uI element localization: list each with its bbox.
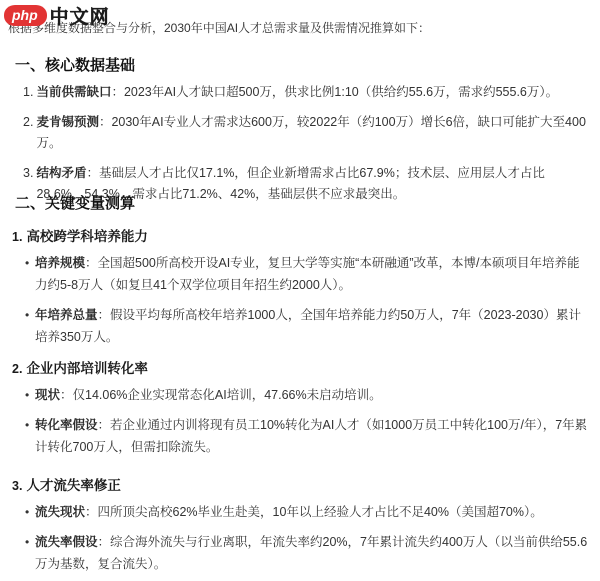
bullet-text: 流失率假设：综合海外流失与行业离职，年流失率约20%，7年累计流失约400万人（…	[35, 531, 588, 575]
bullet-label: 流失率假设	[35, 535, 98, 549]
subsection-number: 2.	[12, 362, 26, 376]
bullet-body: ：若企业通过内训将现有员工10%转化为AI人才（如1000万员工中转化100万/…	[35, 418, 587, 454]
subsection2-bullets: 现状：仅14.06%企业实现常态化AI培训，47.66%未启动培训。 转化率假设…	[25, 384, 588, 466]
bullet-text: 流失现状：四所顶尖高校62%毕业生赴美，10年以上经验人才占比不足40%（美国超…	[35, 501, 588, 523]
bullet-dot-icon	[25, 384, 35, 406]
bullet-item: 转化率假设：若企业通过内训将现有员工10%转化为AI人才（如1000万员工中转化…	[25, 414, 588, 458]
item-number: 1.	[23, 82, 36, 103]
bullet-body: ：综合海外流失与行业离职，年流失率约20%，7年累计流失约400万人（以当前供给…	[35, 535, 587, 571]
item-body: ：2023年AI人才缺口超500万，供求比例1:10（供给约55.6万，需求约5…	[111, 85, 558, 99]
bullet-body: ：四所顶尖高校62%毕业生赴美，10年以上经验人才占比不足40%（美国超70%）…	[85, 505, 543, 519]
bullet-label: 流失现状	[35, 505, 85, 519]
bullet-label: 年培养总量	[35, 308, 98, 322]
list-item: 1. 当前供需缺口：2023年AI人才缺口超500万，供求比例1:10（供给约5…	[23, 82, 588, 103]
bullet-body: ：假设平均每所高校年培养1000人，全国年培养能力约50万人，7年（2023-2…	[35, 308, 581, 344]
bullet-label: 培养规模	[35, 256, 85, 270]
item-text: 当前供需缺口：2023年AI人才缺口超500万，供求比例1:10（供给约55.6…	[36, 82, 588, 103]
bullet-item: 年培养总量：假设平均每所高校年培养1000人，全国年培养能力约50万人，7年（2…	[25, 304, 588, 348]
subsection-number: 3.	[12, 479, 26, 493]
bullet-label: 转化率假设	[35, 418, 98, 432]
item-label: 当前供需缺口	[36, 85, 111, 99]
list-item: 2. 麦肯锡预测：2030年AI专业人才需求达600万，较2022年（约100万…	[23, 112, 588, 154]
site-logo-name: 中文网	[50, 2, 110, 29]
subsection-label: 企业内部培训转化率	[26, 357, 148, 377]
bullet-text: 年培养总量：假设平均每所高校年培养1000人，全国年培养能力约50万人，7年（2…	[35, 304, 588, 348]
subsection1-bullets: 培养规模：全国超500所高校开设AI专业，复旦大学等实施“本研融通”改革，本博/…	[25, 252, 588, 356]
subsection3-bullets: 流失现状：四所顶尖高校62%毕业生赴美，10年以上经验人才占比不足40%（美国超…	[25, 501, 588, 581]
bullet-text: 现状：仅14.06%企业实现常态化AI培训，47.66%未启动培训。	[35, 384, 588, 406]
bullet-item: 流失现状：四所顶尖高校62%毕业生赴美，10年以上经验人才占比不足40%（美国超…	[25, 501, 588, 523]
subsection-label: 人才流失率修正	[26, 474, 121, 494]
bullet-body: ：仅14.06%企业实现常态化AI培训，47.66%未启动培训。	[60, 388, 382, 402]
subsection3-title: 3. 人才流失率修正	[12, 474, 600, 494]
item-label: 麦肯锡预测	[36, 115, 99, 129]
subsection-number: 1.	[12, 230, 26, 244]
document-page: php 中文网 根据多维度数据整合与分析，2030年中国AI人才总需求量及供需情…	[0, 0, 600, 581]
bullet-dot-icon	[25, 304, 35, 348]
section2-title: 二、关键变量测算	[15, 192, 600, 213]
item-label: 结构矛盾	[36, 166, 86, 180]
bullet-dot-icon	[25, 501, 35, 523]
bullet-body: ：全国超500所高校开设AI专业，复旦大学等实施“本研融通”改革，本博/本硕项目…	[35, 256, 579, 292]
item-text: 麦肯锡预测：2030年AI专业人才需求达600万，较2022年（约100万）增长…	[36, 112, 588, 154]
bullet-item: 现状：仅14.06%企业实现常态化AI培训，47.66%未启动培训。	[25, 384, 588, 406]
bullet-dot-icon	[25, 252, 35, 296]
bullet-dot-icon	[25, 414, 35, 458]
bullet-item: 培养规模：全国超500所高校开设AI专业，复旦大学等实施“本研融通”改革，本博/…	[25, 252, 588, 296]
bullet-text: 培养规模：全国超500所高校开设AI专业，复旦大学等实施“本研融通”改革，本博/…	[35, 252, 588, 296]
subsection1-title: 1. 高校跨学科培养能力	[12, 225, 600, 245]
php-logo-badge: php	[4, 5, 47, 26]
site-logo[interactable]: php 中文网	[4, 2, 110, 29]
item-body: ：2030年AI专业人才需求达600万，较2022年（约100万）增长6倍，缺口…	[36, 115, 585, 150]
section1-title: 一、核心数据基础	[15, 54, 600, 75]
bullet-label: 现状	[35, 388, 60, 402]
bullet-dot-icon	[25, 531, 35, 575]
bullet-text: 转化率假设：若企业通过内训将现有员工10%转化为AI人才（如1000万员工中转化…	[35, 414, 588, 458]
subsection-label: 高校跨学科培养能力	[26, 225, 148, 245]
subsection2-title: 2. 企业内部培训转化率	[12, 357, 600, 377]
item-number: 2.	[23, 112, 36, 154]
bullet-item: 流失率假设：综合海外流失与行业离职，年流失率约20%，7年累计流失约400万人（…	[25, 531, 588, 575]
